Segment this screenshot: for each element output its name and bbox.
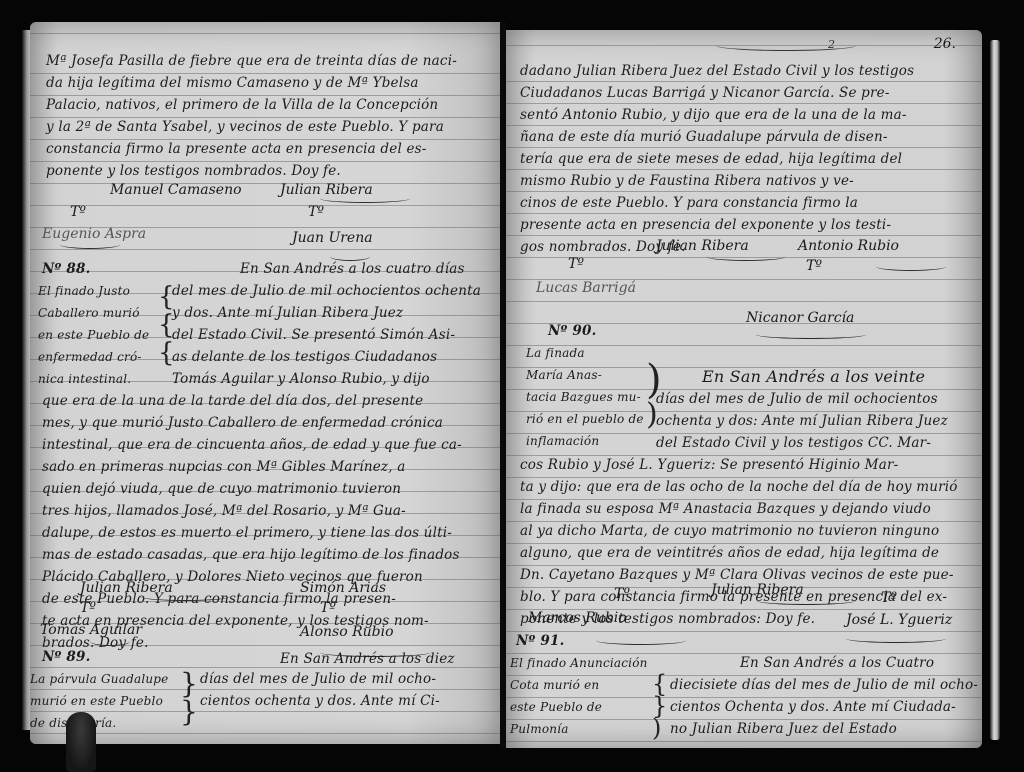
text-line: intestinal, que era de cincuenta años, d… xyxy=(42,434,462,456)
margin-note-line: El finado Justo xyxy=(38,280,149,302)
witness-mark: Tº xyxy=(568,256,584,272)
entry-88-body-lower: que era de la una de la tarde del día do… xyxy=(42,390,462,654)
margin-note-line: inflamación xyxy=(526,430,644,452)
signature-flourish xyxy=(60,240,120,249)
signature-flourish xyxy=(90,637,130,646)
text-line: constancia firmo la presente acta en pre… xyxy=(46,138,457,160)
text-line: días del mes de Julio de mil ochocientos xyxy=(656,388,948,410)
text-line: tería que era de siete meses de edad, hi… xyxy=(520,148,914,170)
witness-mark: Tº xyxy=(308,204,324,220)
text-line: alguno, que era de veintitrés años de ed… xyxy=(520,542,958,564)
margin-note-line: María Anas- xyxy=(526,364,644,386)
entry-body-first-line: En San Andrés a los diez xyxy=(280,648,455,670)
margin-note-line: de disentería. xyxy=(30,712,168,734)
ledger-spread: Mª Josefa Pasilla de fiebre que era de t… xyxy=(0,0,1024,772)
text-line: cinos de este Pueblo. Y para constancia … xyxy=(520,192,914,214)
margin-note-line: este Pueblo de xyxy=(510,696,648,718)
witness-mark: Tº xyxy=(70,204,86,220)
holding-thumb xyxy=(66,712,96,772)
margin-note-line: La finada xyxy=(526,342,644,364)
text-line: y dos. Ante mí Julian Ribera Juez xyxy=(172,302,481,324)
header-flourish xyxy=(716,40,856,51)
margin-brace: } xyxy=(180,698,198,726)
entry-number: Nº 90. xyxy=(548,320,596,342)
margin-brace: ) xyxy=(652,716,661,740)
entry-number: Nº 88. xyxy=(42,258,90,280)
entry-88-margin-note: El finado Justo Caballero murió en este … xyxy=(38,280,149,390)
margin-note-line: tacia Bazgues mu- xyxy=(526,386,644,408)
margin-note-line: Pulmonía xyxy=(510,718,648,740)
text-line: mismo Rubio y de Faustina Ribera nativos… xyxy=(520,170,914,192)
entry-89-margin-note: La párvula Guadalupe murió en este Puebl… xyxy=(30,668,168,734)
text-line: Mª Josefa Pasilla de fiebre que era de t… xyxy=(46,50,457,72)
text-line: cientos Ochenta y dos. Ante mí Ciudada- xyxy=(670,696,978,718)
entry-body-first-line: En San Andrés a los cuatro días xyxy=(240,258,465,280)
text-line: la finada su esposa Mª Anastacia Bazques… xyxy=(520,498,958,520)
text-line: dadano Julian Ribera Juez del Estado Civ… xyxy=(520,60,914,82)
signature-declarant: Simón Arias xyxy=(300,580,386,596)
page-number: 26. xyxy=(934,36,956,52)
witness-mark: Tº xyxy=(881,590,897,606)
signature-witness: Marcos Rubio xyxy=(528,610,627,626)
margin-note-line: La párvula Guadalupe xyxy=(30,668,168,690)
entry-91-margin-note: El finado Anunciación Cota murió en este… xyxy=(510,652,648,740)
left-page: Mª Josefa Pasilla de fiebre que era de t… xyxy=(30,22,500,744)
signature-flourish xyxy=(596,636,686,645)
entry-89-continuation: dadano Julian Ribera Juez del Estado Civ… xyxy=(520,60,914,258)
witness-mark: Tº xyxy=(80,600,96,616)
text-line: ponente y los testigos nombrados. Doy fe… xyxy=(46,160,457,182)
entry-89-body: días del mes de Julio de mil ocho- cient… xyxy=(200,668,440,712)
text-line: ochenta y dos: Ante mí Julian Ribera Jue… xyxy=(656,410,948,432)
entry-88-body-upper: del mes de Julio de mil ochocientos oche… xyxy=(172,280,481,390)
text-line: y la 2ª de Santa Ysabel, y vecinos de es… xyxy=(46,116,457,138)
signature-witness: Lucas Barrigá xyxy=(536,280,636,296)
text-line: as delante de los testigos Ciudadanos xyxy=(172,346,481,368)
margin-note-line: El finado Anunciación xyxy=(510,652,648,674)
header-mark: 2 xyxy=(828,38,835,51)
signature-flourish xyxy=(706,252,786,261)
signature-flourish xyxy=(140,592,230,601)
text-line: tres hijos, llamados José, Mª del Rosari… xyxy=(42,500,462,522)
text-line: ñana de este día murió Guadalupe párvula… xyxy=(520,126,914,148)
signature-witness: Tomás Aguilar xyxy=(40,622,142,638)
signature-witness: Juan Urena xyxy=(292,230,373,246)
signature-flourish xyxy=(320,194,410,203)
text-line: cos Rubio y José L. Ygueriz: Se presentó… xyxy=(520,454,958,476)
right-page: 2 26. dadano Julian Ribera Juez del Esta… xyxy=(506,30,982,748)
entry-body-first-line: En San Andrés a los Cuatro xyxy=(740,652,934,674)
margin-note-line: Caballero murió xyxy=(38,302,149,324)
entry-number: Nº 91. xyxy=(516,630,564,652)
signature-declarant: Antonio Rubio xyxy=(798,238,899,254)
text-line: del mes de Julio de mil ochocientos oche… xyxy=(172,280,481,302)
margin-brace: } xyxy=(180,670,198,698)
signature-witness: Alonso Rubio xyxy=(300,624,394,640)
entry-87-continuation: Mª Josefa Pasilla de fiebre que era de t… xyxy=(46,50,457,182)
text-line: Palacio, nativos, el primero de la Villa… xyxy=(46,94,457,116)
entry-number: Nº 89. xyxy=(42,646,90,668)
text-line: del Estado Civil. Se presentó Simón Asi- xyxy=(172,324,481,346)
margin-note-line: murió en este Pueblo xyxy=(30,690,168,712)
signature-declarant: Manuel Camaseno xyxy=(110,182,242,198)
signature-flourish xyxy=(756,596,856,605)
signature-witness: Nicanor García xyxy=(746,310,854,326)
text-line: Tomás Aguilar y Alonso Rubio, y dijo xyxy=(172,368,481,390)
entry-90-body-upper: días del mes de Julio de mil ochocientos… xyxy=(656,388,948,454)
entry-91-body: diecisiete días del mes de Julio de mil … xyxy=(670,674,978,740)
text-line: mes, y que murió Justo Caballero de enfe… xyxy=(42,412,462,434)
entry-body-first-line: En San Andrés a los veinte xyxy=(702,366,925,388)
text-line: da hija legítima del mismo Camaseno y de… xyxy=(46,72,457,94)
margin-note-line: rió en el pueblo de xyxy=(526,408,644,430)
text-line: cientos ochenta y dos. Ante mí Ci- xyxy=(200,690,440,712)
signature-witness: José L. Ygueriz xyxy=(846,612,952,628)
text-line: no Julian Ribera Juez del Estado xyxy=(670,718,978,740)
signature-flourish xyxy=(876,262,946,271)
text-line: ta y dijo: que era de las ocho de la noc… xyxy=(520,476,958,498)
text-line: días del mes de Julio de mil ocho- xyxy=(200,668,440,690)
book-right-edge xyxy=(990,40,1000,740)
witness-mark: Tº xyxy=(614,586,630,602)
text-line: mas de estado casadas, que era hijo legí… xyxy=(42,544,462,566)
text-line: sado en primeras nupcias con Mª Gibles M… xyxy=(42,456,462,478)
text-line: que era de la una de la tarde del día do… xyxy=(42,390,462,412)
text-line: sentó Antonio Rubio, y dijo que era de l… xyxy=(520,104,914,126)
margin-note-line: en este Pueblo de xyxy=(38,324,149,346)
margin-note-line: nica intestinal. xyxy=(38,368,149,390)
witness-mark: Tº xyxy=(806,258,822,274)
signature-flourish xyxy=(756,330,866,339)
witness-mark: Tº xyxy=(320,600,336,616)
text-line: del Estado Civil y los testigos CC. Mar- xyxy=(656,432,948,454)
margin-note-line: enfermedad cró- xyxy=(38,346,149,368)
text-line: presente acta en presencia del exponente… xyxy=(520,214,914,236)
text-line: diecisiete días del mes de Julio de mil … xyxy=(670,674,978,696)
margin-note-line: Cota murió en xyxy=(510,674,648,696)
text-line: quien dejó viuda, que de cuyo matrimonio… xyxy=(42,478,462,500)
text-line: Ciudadanos Lucas Barrigá y Nicanor Garcí… xyxy=(520,82,914,104)
entry-90-margin-note: La finada María Anas- tacia Bazgues mu- … xyxy=(526,342,644,452)
text-line: al ya dicho Marta, de cuyo matrimonio no… xyxy=(520,520,958,542)
signature-flourish xyxy=(846,634,946,643)
text-line: dalupe, de estos es muerto el primero, y… xyxy=(42,522,462,544)
